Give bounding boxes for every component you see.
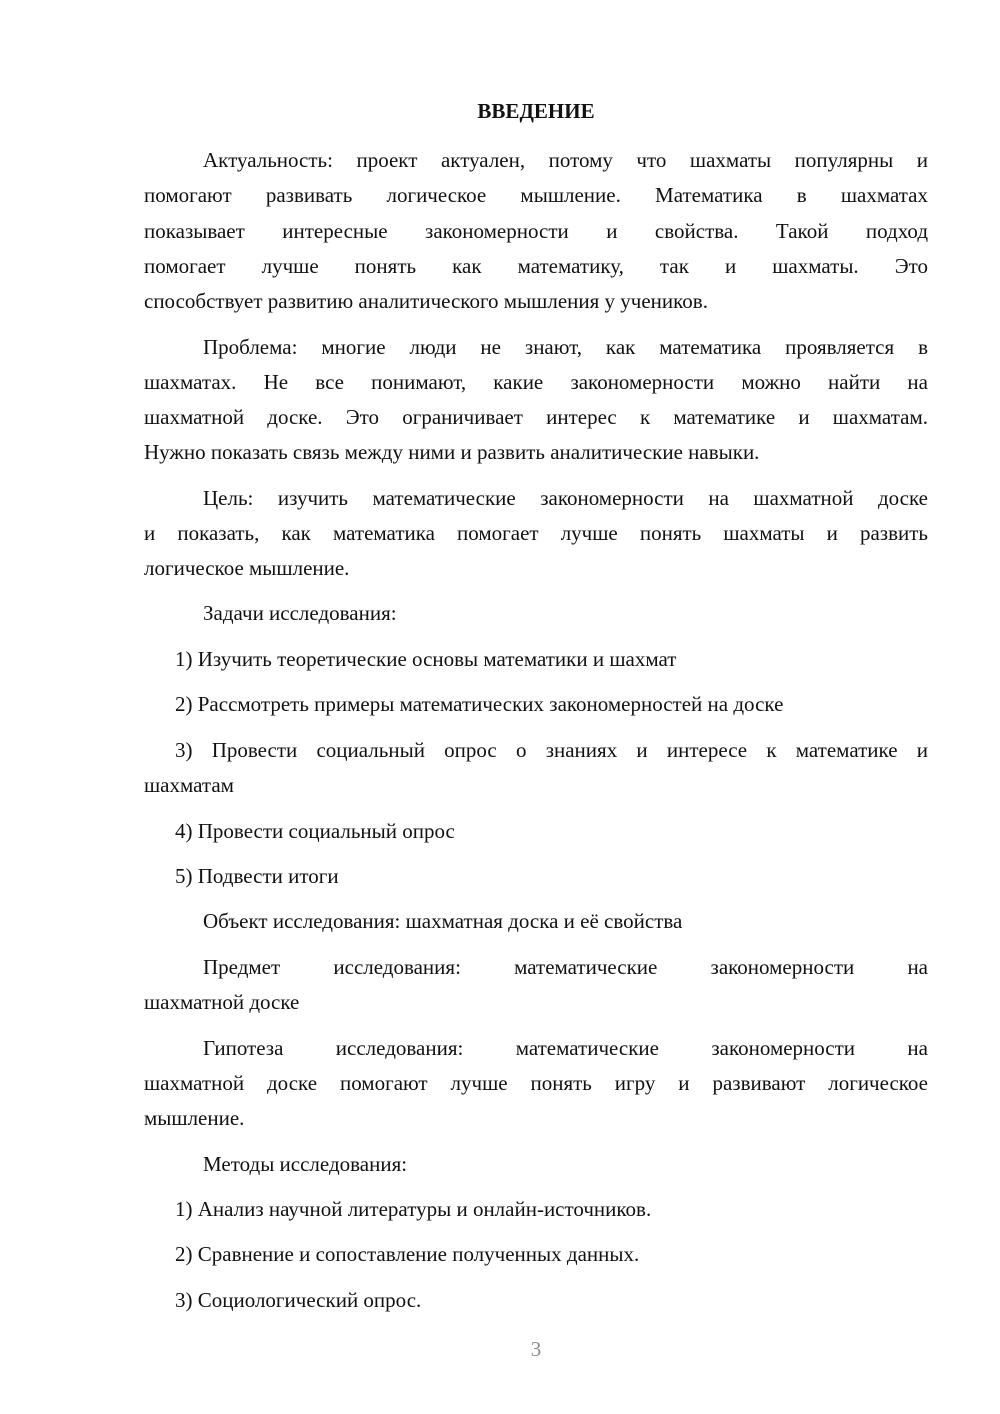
task-item-continuation: шахматам — [144, 772, 928, 798]
method-item: 3) Социологический опрос. — [175, 1287, 928, 1313]
text-line: Нужно показать связь между ними и развит… — [144, 439, 928, 465]
methods-label: Методы исследования: — [203, 1151, 928, 1177]
text-line: шахматах. Не все понимают, какие законом… — [144, 369, 928, 395]
text-line: помогают развивать логическое мышление. … — [144, 182, 928, 208]
text-line: Предмет исследования: математические зак… — [203, 954, 928, 980]
task-item: 2) Рассмотреть примеры математических за… — [175, 691, 928, 717]
task-item: 3) Провести социальный опрос о знаниях и… — [175, 737, 928, 763]
document-page: ВВЕДЕНИЕ Актуальность: проект актуален, … — [0, 0, 1000, 1414]
tasks-label: Задачи исследования: — [203, 600, 928, 626]
page-number: 3 — [0, 1336, 1000, 1362]
text-line: и показать, как математика помогает лучш… — [144, 520, 928, 546]
text-line: логическое мышление. — [144, 555, 928, 581]
text-line: Гипотеза исследования: математические за… — [203, 1035, 928, 1061]
text-line: шахматной доске. Это ограничивает интере… — [144, 404, 928, 430]
text-line: мышление. — [144, 1105, 928, 1131]
section-heading: ВВЕДЕНИЕ — [0, 98, 1000, 124]
text-line: способствует развитию аналитического мыш… — [144, 288, 928, 314]
method-item: 1) Анализ научной литературы и онлайн-ис… — [175, 1196, 928, 1222]
task-item: 1) Изучить теоретические основы математи… — [175, 646, 928, 672]
text-line: шахматной доске помогают лучше понять иг… — [144, 1070, 928, 1096]
text-line: Цель: изучить математические закономерно… — [203, 485, 928, 511]
task-item: 5) Подвести итоги — [175, 863, 928, 889]
text-line: помогает лучше понять как математику, та… — [144, 253, 928, 279]
text-line: показывает интересные закономерности и с… — [144, 218, 928, 244]
task-item: 4) Провести социальный опрос — [175, 818, 928, 844]
method-item: 2) Сравнение и сопоставление полученных … — [175, 1241, 928, 1267]
text-line: Проблема: многие люди не знают, как мате… — [203, 334, 928, 360]
text-line: шахматной доске — [144, 989, 928, 1015]
research-object: Объект исследования: шахматная доска и е… — [203, 908, 928, 934]
text-line: Актуальность: проект актуален, потому чт… — [203, 147, 928, 173]
